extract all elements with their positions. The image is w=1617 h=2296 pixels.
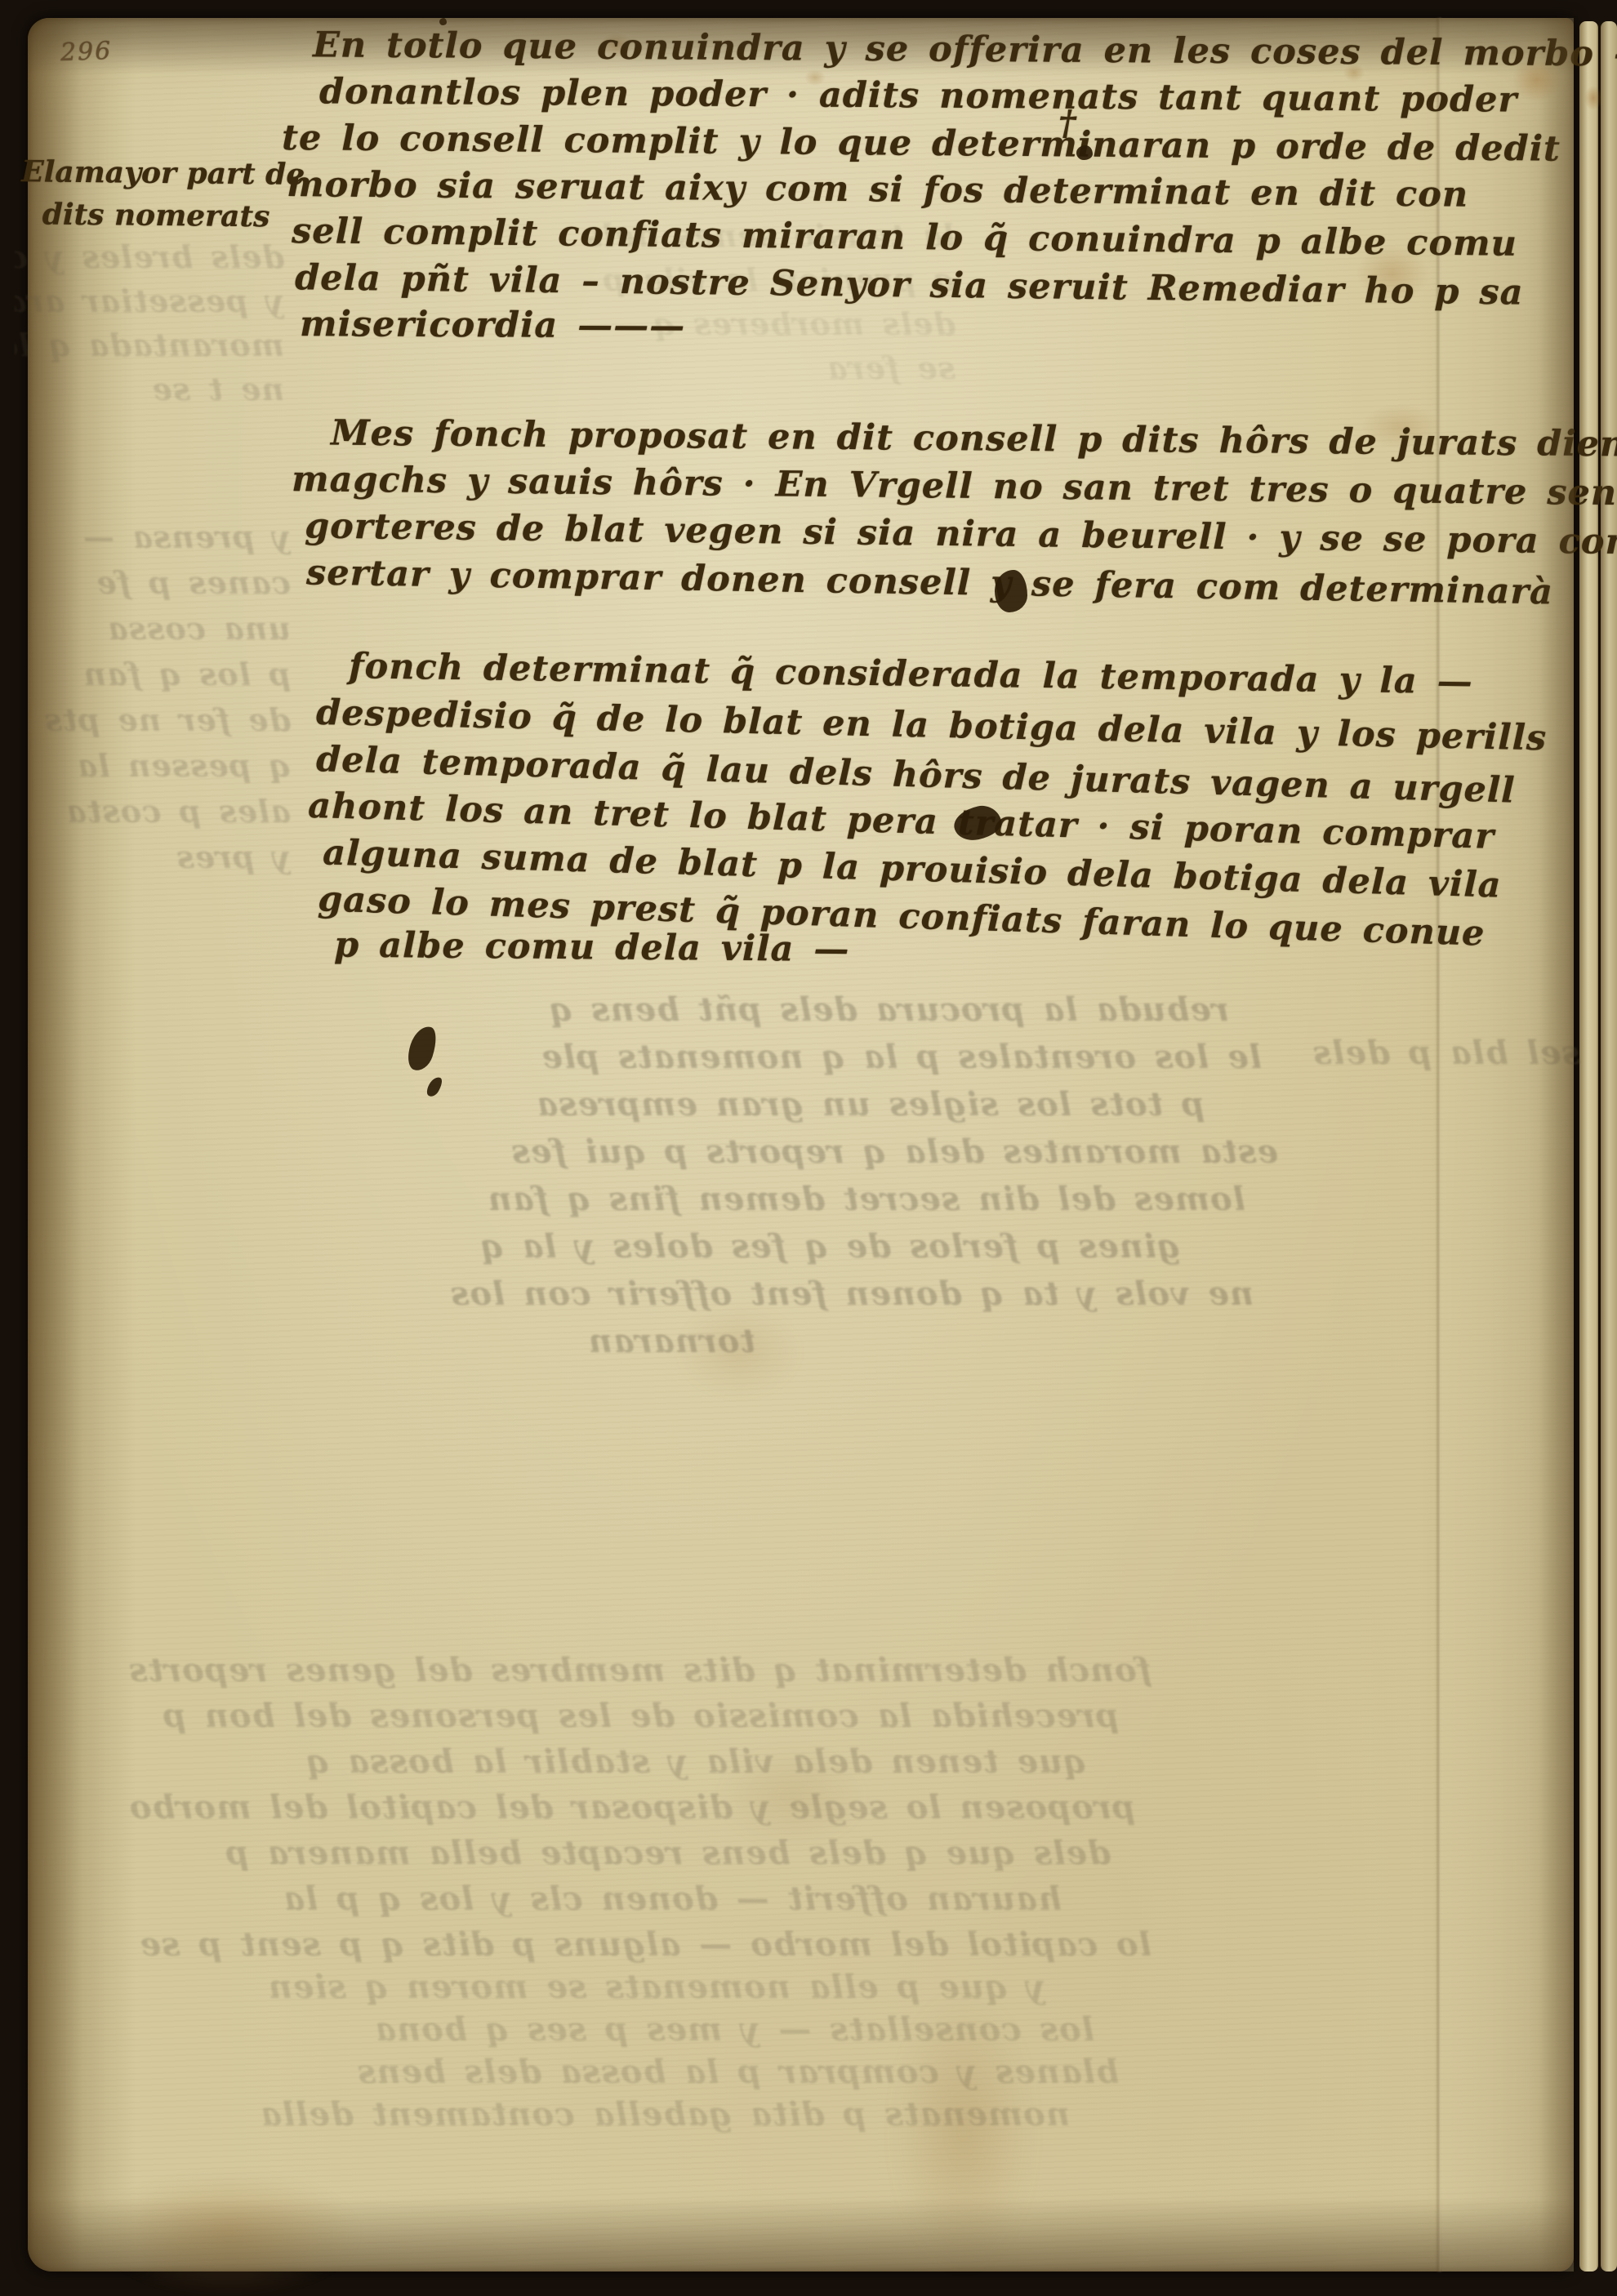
ghost-line: le los orentales p la q nomenats ple xyxy=(45,1034,1278,1081)
ghost-line: y pres xyxy=(13,834,291,880)
stain xyxy=(98,2172,359,2294)
ghost-line: blanes y comprar p la bossa dels bens xyxy=(204,2051,1143,2094)
bleedthrough-block: y prensa — canes p fe una cossa p los q … xyxy=(13,514,291,972)
folio-number: 296 xyxy=(60,37,112,67)
ghost-line: sel bla p dels xyxy=(1262,1030,1580,1076)
ghost-line: nomenats p dita gabella contament della xyxy=(204,2094,1143,2136)
manuscript-line: misericordia ——— xyxy=(282,304,1617,358)
bleedthrough-block: rebuda la procura dels pñt bens q le los… xyxy=(45,986,1278,1370)
ghost-line: esta morantes dela q reports p qui fes xyxy=(45,1128,1278,1176)
ink-blot xyxy=(439,18,447,25)
ghost-line: canes p fe xyxy=(13,560,291,606)
ink-blot xyxy=(1076,145,1093,160)
ghost-line: ales p costa xyxy=(13,789,291,834)
ghost-line: lomes del din secret demen fins q fan xyxy=(45,1176,1278,1223)
ghost-line: precehida la comissio de les persones de… xyxy=(106,1693,1151,1739)
stain xyxy=(1584,86,1602,110)
bleedthrough-block: dels breles y cost y pessetiar ara q mor… xyxy=(15,235,284,412)
paragraph-1: En totlo que conuindra y se offerira en … xyxy=(282,24,1617,350)
ghost-line: una cossa xyxy=(13,606,291,652)
ghost-line: y prensa — xyxy=(13,514,291,560)
bleedthrough-block: y que p ella nomenats se moren q sien lo… xyxy=(204,1966,1143,2146)
ghost-line: lo capitol del morbo — alguns p dits q p… xyxy=(106,1922,1151,1968)
ghost-line: p tots los sigles un gran empresa xyxy=(45,1081,1278,1128)
ghost-line: que tenen dela vila y stablir la bossa q xyxy=(106,1739,1151,1785)
ink-blot xyxy=(995,570,1027,612)
manuscript-line: p albe comu dela vila — xyxy=(282,924,1548,982)
ghost-line: y pessetiar ara q xyxy=(15,279,284,323)
insertion-cross-mark: † xyxy=(1058,103,1076,143)
ghost-line: q pessen la xyxy=(13,743,291,789)
ghost-line: gines p ferlos de q fes doles y la q xyxy=(45,1223,1278,1270)
ghost-line: ne t se xyxy=(15,367,284,412)
ghost-line: rebuda la procura dels pñt bens q xyxy=(45,986,1278,1034)
ghost-line: los consellats — y mes p ses q bona xyxy=(204,2009,1143,2051)
ghost-line: tornaran xyxy=(45,1318,1278,1365)
paragraph-2: Mes fonch proposat en dit consell p dits… xyxy=(282,412,1617,598)
bleedthrough-block: sel bla p dels xyxy=(1262,1030,1580,1079)
margin-note: Elamayor part de dits nomerats xyxy=(20,150,305,238)
ghost-line: dels breles y cost xyxy=(15,235,284,279)
ghost-line: hauran offerit — donen cls y los q p la xyxy=(106,1876,1151,1922)
ghost-line: fonch determinat q dits membres del gene… xyxy=(106,1648,1151,1693)
ghost-line: dels que q dels bens recapte bella maner… xyxy=(106,1831,1151,1876)
paragraph-3: fonch determinat q̃ considerada la tempo… xyxy=(282,645,1547,971)
bleedthrough-block: fonch determinat q dits membres del gene… xyxy=(106,1648,1151,1974)
ghost-line: proposen lo segle y disposar del capitol… xyxy=(106,1785,1151,1831)
next-leaf-edge xyxy=(1579,21,1598,2272)
ghost-line: de fer ne pts xyxy=(13,697,291,743)
margin-note-line: Elamayor part de xyxy=(21,150,305,196)
ghost-line: p los q fan xyxy=(13,652,291,697)
manuscript-page-scan: dels breles y cost y pessetiar ara q mor… xyxy=(28,18,1574,2272)
margin-note-line: dits nomerats xyxy=(20,193,305,238)
ghost-line: y que p ella nomenats se moren q sien xyxy=(204,1966,1143,2009)
ghost-line: morantada q los xyxy=(15,323,284,367)
ghost-line: ne vols y ta q donen fent offerir con lo… xyxy=(45,1270,1278,1318)
next-leaf-edge xyxy=(1601,21,1617,2272)
